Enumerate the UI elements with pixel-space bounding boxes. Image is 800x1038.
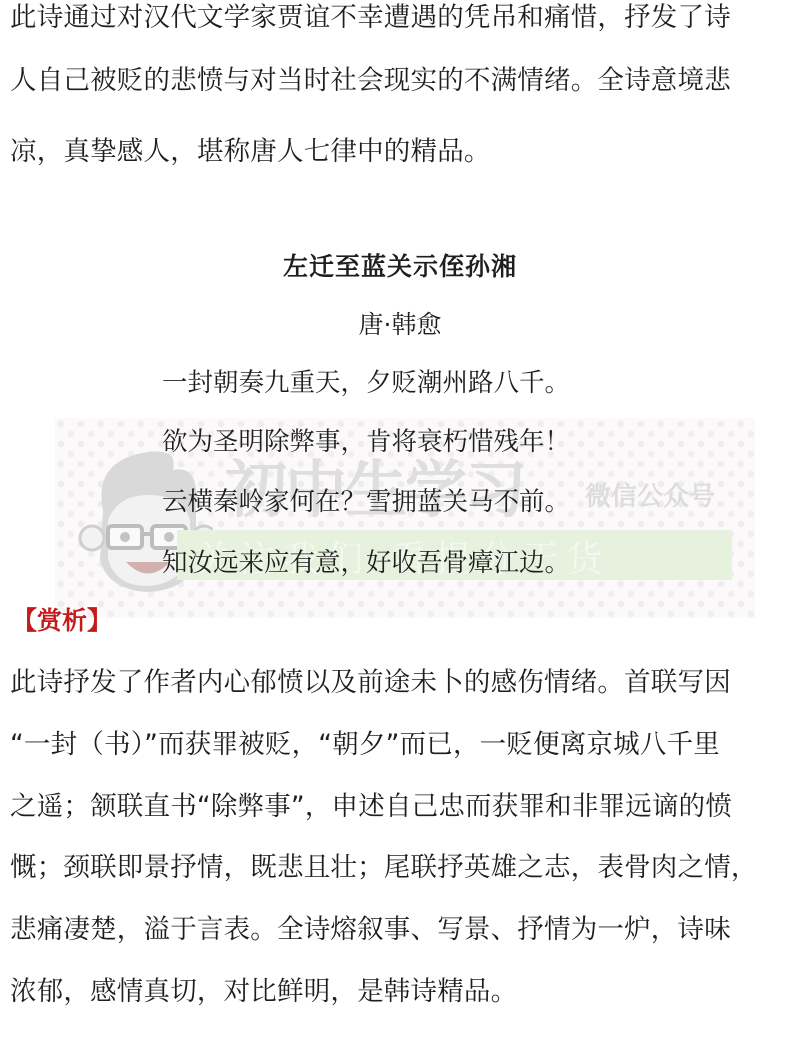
poem-author: 唐·韩愈 [0,308,800,342]
poem-line: 欲为圣明除弊事，肯将衰朽惜残年！ [162,425,570,459]
intro-line: 此诗通过对汉代文学家贾谊不幸遭遇的凭吊和痛惜，抒发了诗 [10,1,731,35]
poem-line: 云横秦岭家何在？雪拥蓝关马不前。 [162,485,570,519]
poem-title: 左迁至蓝关示侄孙湘 [0,250,800,284]
analysis-line: 浓郁，感情真切，对比鲜明，是韩诗精品。 [10,975,517,1009]
analysis-line: 之遥；颔联直书“除弊事”，申述自己忠而获罪和非罪远谪的愤 [10,790,732,824]
analysis-line: 此诗抒发了作者内心郁愤以及前途未卜的感伤情绪。首联写因 [10,666,731,700]
analysis-line: 悲痛凄楚，溢于言表。全诗熔叙事、写景、抒情为一炉，诗味 [10,913,731,947]
analysis-heading: 【赏析】 [12,604,112,638]
analysis-line: “一封（书）”而获罪被贬，“朝夕”而已，一贬便离京城八千里 [10,728,720,762]
intro-line: 凉，真挚感人，堪称唐人七律中的精品。 [10,135,491,169]
watermark-subtitle-text: 微信公众号 [585,476,715,513]
analysis-line: 慨；颈联即景抒情，既悲且壮；尾联抒英雄之志，表骨肉之情， [10,851,758,885]
poem-line: 知汝远来应有意，好收吾骨瘴江边。 [162,546,570,580]
poem-line: 一封朝奏九重天，夕贬潮州路八千。 [162,366,570,400]
intro-line: 人自己被贬的悲愤与对当时社会现实的不满情绪。全诗意境悲 [10,64,731,98]
